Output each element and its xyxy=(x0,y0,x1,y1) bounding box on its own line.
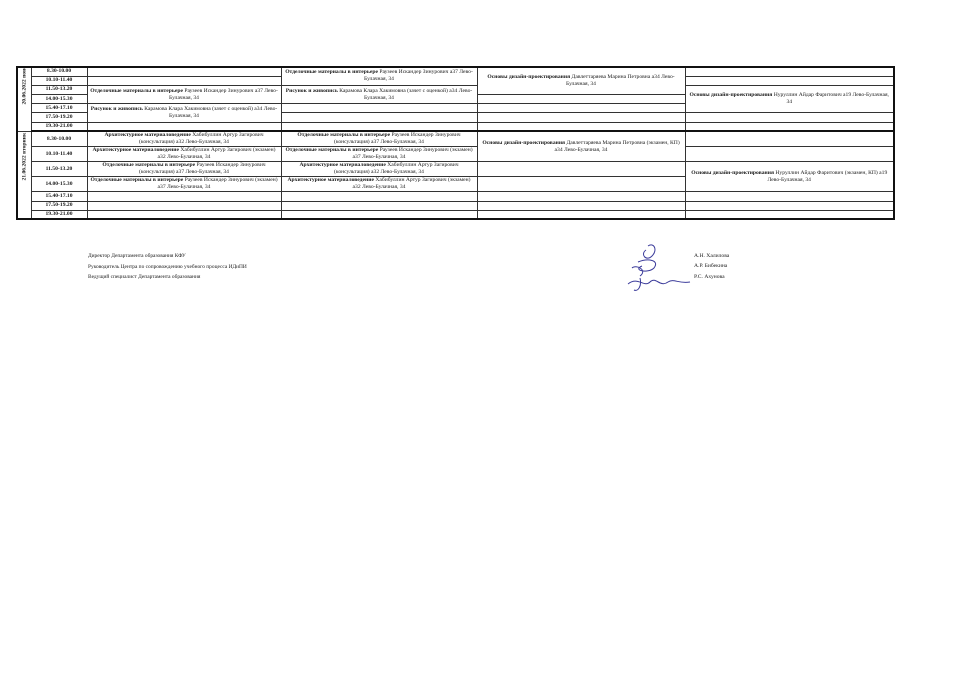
time-slot: 17.50-19.20 xyxy=(31,113,87,122)
class-entry: Отделочные материалы в интерьере Раузеев… xyxy=(281,131,477,147)
class-details: Раузеев Искандер Зинурович а37 Лево-Була… xyxy=(364,69,473,82)
name-khalilova: А.Н. Халилова xyxy=(694,251,729,261)
day-date: 21.06.2022 вторник xyxy=(22,170,29,180)
time-slot: 8.30-10.00 xyxy=(31,67,87,76)
subject-name: Основы дизайн-проектирования xyxy=(691,170,775,176)
empty-cell xyxy=(477,162,685,177)
subject-name: Архитектурное материаловедение xyxy=(299,162,387,168)
empty-cell xyxy=(477,192,685,201)
empty-cell xyxy=(685,147,894,162)
class-entry: Рисунок и живопись Карамова Клара Хакимо… xyxy=(281,85,477,103)
schedule-row: 11.50-13.20Отделочные материалы в интерь… xyxy=(17,162,894,177)
empty-cell xyxy=(87,76,281,85)
class-details: Нуруллин Айдар Фаритович (экзамен, КП) а… xyxy=(768,170,888,183)
signature-icon xyxy=(618,240,698,300)
schedule-row: 15.40-17.10 xyxy=(17,192,894,201)
empty-cell xyxy=(281,192,477,201)
class-entry: Архитектурное материаловедение Хабибулли… xyxy=(87,131,281,147)
class-entry: Отделочные материалы в интерьере Раузеев… xyxy=(281,67,477,85)
time-slot: 10.10-11.40 xyxy=(31,147,87,162)
empty-cell xyxy=(685,76,894,85)
empty-cell xyxy=(87,201,281,210)
class-entry: Архитектурное материаловедение Хабибулли… xyxy=(87,147,281,162)
class-entry: Отделочные материалы в интерьере Раузеев… xyxy=(87,177,281,192)
subject-name: Отделочные материалы в интерьере xyxy=(285,69,379,75)
class-entry: Основы дизайн-проектирования Давлеттаряе… xyxy=(477,131,685,162)
empty-cell xyxy=(87,192,281,201)
class-details: Карамова Клара Хакимовна (зачет с оценко… xyxy=(144,106,277,119)
empty-cell xyxy=(281,104,477,113)
schedule-row: 17.50-19.20 xyxy=(17,201,894,210)
day-label: 20.06.2022 понедельник xyxy=(17,67,31,131)
time-slot: 15.40-17.10 xyxy=(31,104,87,113)
time-slot: 14.00-15.30 xyxy=(31,177,87,192)
time-slot: 8.30-10.00 xyxy=(31,131,87,147)
subject-name: Архитектурное материаловедение xyxy=(93,147,181,153)
empty-cell xyxy=(477,104,685,113)
subject-name: Основы дизайн-проектирования xyxy=(487,74,571,80)
empty-cell xyxy=(281,122,477,131)
class-entry: Отделочные материалы в интерьере Раузеев… xyxy=(87,85,281,103)
subject-name: Основы дизайн-проектирования xyxy=(482,140,566,146)
empty-cell xyxy=(281,201,477,210)
subject-name: Архитектурное материаловедение xyxy=(288,177,376,183)
empty-cell xyxy=(685,192,894,201)
empty-cell xyxy=(685,210,894,219)
position-specialist: Ведущий специалист Департамента образова… xyxy=(88,272,247,283)
empty-cell xyxy=(477,177,685,192)
day-date: 20.06.2022 понедельник xyxy=(22,94,29,104)
time-slot: 11.50-13.20 xyxy=(31,162,87,177)
empty-cell xyxy=(281,210,477,219)
empty-cell xyxy=(685,67,894,76)
class-entry: Отделочные материалы в интерьере Раузеев… xyxy=(87,162,281,177)
empty-cell xyxy=(477,201,685,210)
empty-cell xyxy=(477,210,685,219)
empty-cell xyxy=(685,131,894,147)
time-slot: 17.50-19.20 xyxy=(31,201,87,210)
time-slot: 11.50-13.20 xyxy=(31,85,87,94)
schedule-page: 20.06.2022 понедельник8.30-10.00Отделочн… xyxy=(0,0,980,693)
name-akhunova: Р.С. Ахунова xyxy=(694,272,729,282)
subject-name: Отделочные материалы в интерьере xyxy=(102,162,196,168)
empty-cell xyxy=(87,210,281,219)
schedule-row: 10.10-11.40Архитектурное материаловедени… xyxy=(17,147,894,162)
time-slot: 14.00-15.30 xyxy=(31,95,87,104)
empty-cell xyxy=(477,113,685,122)
empty-cell xyxy=(685,113,894,122)
class-entry: Архитектурное материаловедение Хабибулли… xyxy=(281,162,477,177)
time-slot: 19.30-21.00 xyxy=(31,122,87,131)
schedule-table: 20.06.2022 понедельник8.30-10.00Отделочн… xyxy=(16,66,895,220)
class-entry: Рисунок и живопись Карамова Клара Хакимо… xyxy=(87,104,281,122)
time-slot: 10.10-11.40 xyxy=(31,76,87,85)
class-details: Раузеев Искандер Зинурович а37 Лево-Була… xyxy=(169,88,278,101)
schedule-row: 21.06.2022 вторник8.30-10.00Архитектурно… xyxy=(17,131,894,147)
class-entry: Основы дизайн-проектирования Давлеттаряе… xyxy=(477,67,685,95)
name-bibekina: А.Р. Бибекина xyxy=(694,261,729,271)
class-details: Нуруллин Айдар Фаритович а19 Лево-Булачн… xyxy=(774,92,889,105)
day-label: 21.06.2022 вторник xyxy=(17,131,31,219)
empty-cell xyxy=(685,201,894,210)
signatory-names: А.Н. Халилова А.Р. Бибекина Р.С. Ахунова xyxy=(694,251,729,282)
subject-name: Отделочные материалы в интерьере xyxy=(90,177,184,183)
time-slot: 15.40-17.10 xyxy=(31,192,87,201)
class-entry: Основы дизайн-проектирования Нуруллин Ай… xyxy=(685,85,894,113)
subject-name: Отделочные материалы в интерьере xyxy=(90,88,184,94)
schedule-row: 11.50-13.20Отделочные материалы в интерь… xyxy=(17,85,894,94)
empty-cell xyxy=(87,122,281,131)
empty-cell xyxy=(477,95,685,104)
schedule-row: 19.30-21.00 xyxy=(17,122,894,131)
empty-cell xyxy=(87,67,281,76)
empty-cell xyxy=(685,122,894,131)
class-entry: Основы дизайн-проектирования Нуруллин Ай… xyxy=(685,162,894,192)
class-details: Карамова Клара Хакимовна (зачет с оценко… xyxy=(339,88,472,101)
subject-name: Отделочные материалы в интерьере xyxy=(297,132,391,138)
class-entry: Отделочные материалы в интерьере Раузеев… xyxy=(281,147,477,162)
schedule-row: 19.30-21.00 xyxy=(17,210,894,219)
subject-name: Рисунок и живопись xyxy=(286,88,339,94)
schedule-row: 20.06.2022 понедельник8.30-10.00Отделочн… xyxy=(17,67,894,76)
time-slot: 19.30-21.00 xyxy=(31,210,87,219)
subject-name: Отделочные материалы в интерьере xyxy=(285,147,379,153)
class-details: Давлеттаряева Марина Петровна (экзамен, … xyxy=(555,140,680,153)
class-entry: Архитектурное материаловедение Хабибулли… xyxy=(281,177,477,192)
position-head: Руководитель Центра по сопровождению уче… xyxy=(88,262,247,273)
empty-cell xyxy=(477,122,685,131)
class-details: Давлеттаряева Марина Петровна а34 Лево-Б… xyxy=(566,74,675,87)
subject-name: Рисунок и живопись xyxy=(91,106,144,112)
empty-cell xyxy=(281,113,477,122)
subject-name: Основы дизайн-проектирования xyxy=(690,92,774,98)
position-director: Директор Департамента образования КФУ xyxy=(88,251,247,262)
subject-name: Архитектурное материаловедение xyxy=(104,132,192,138)
signatory-positions: Директор Департамента образования КФУ Ру… xyxy=(88,251,247,283)
